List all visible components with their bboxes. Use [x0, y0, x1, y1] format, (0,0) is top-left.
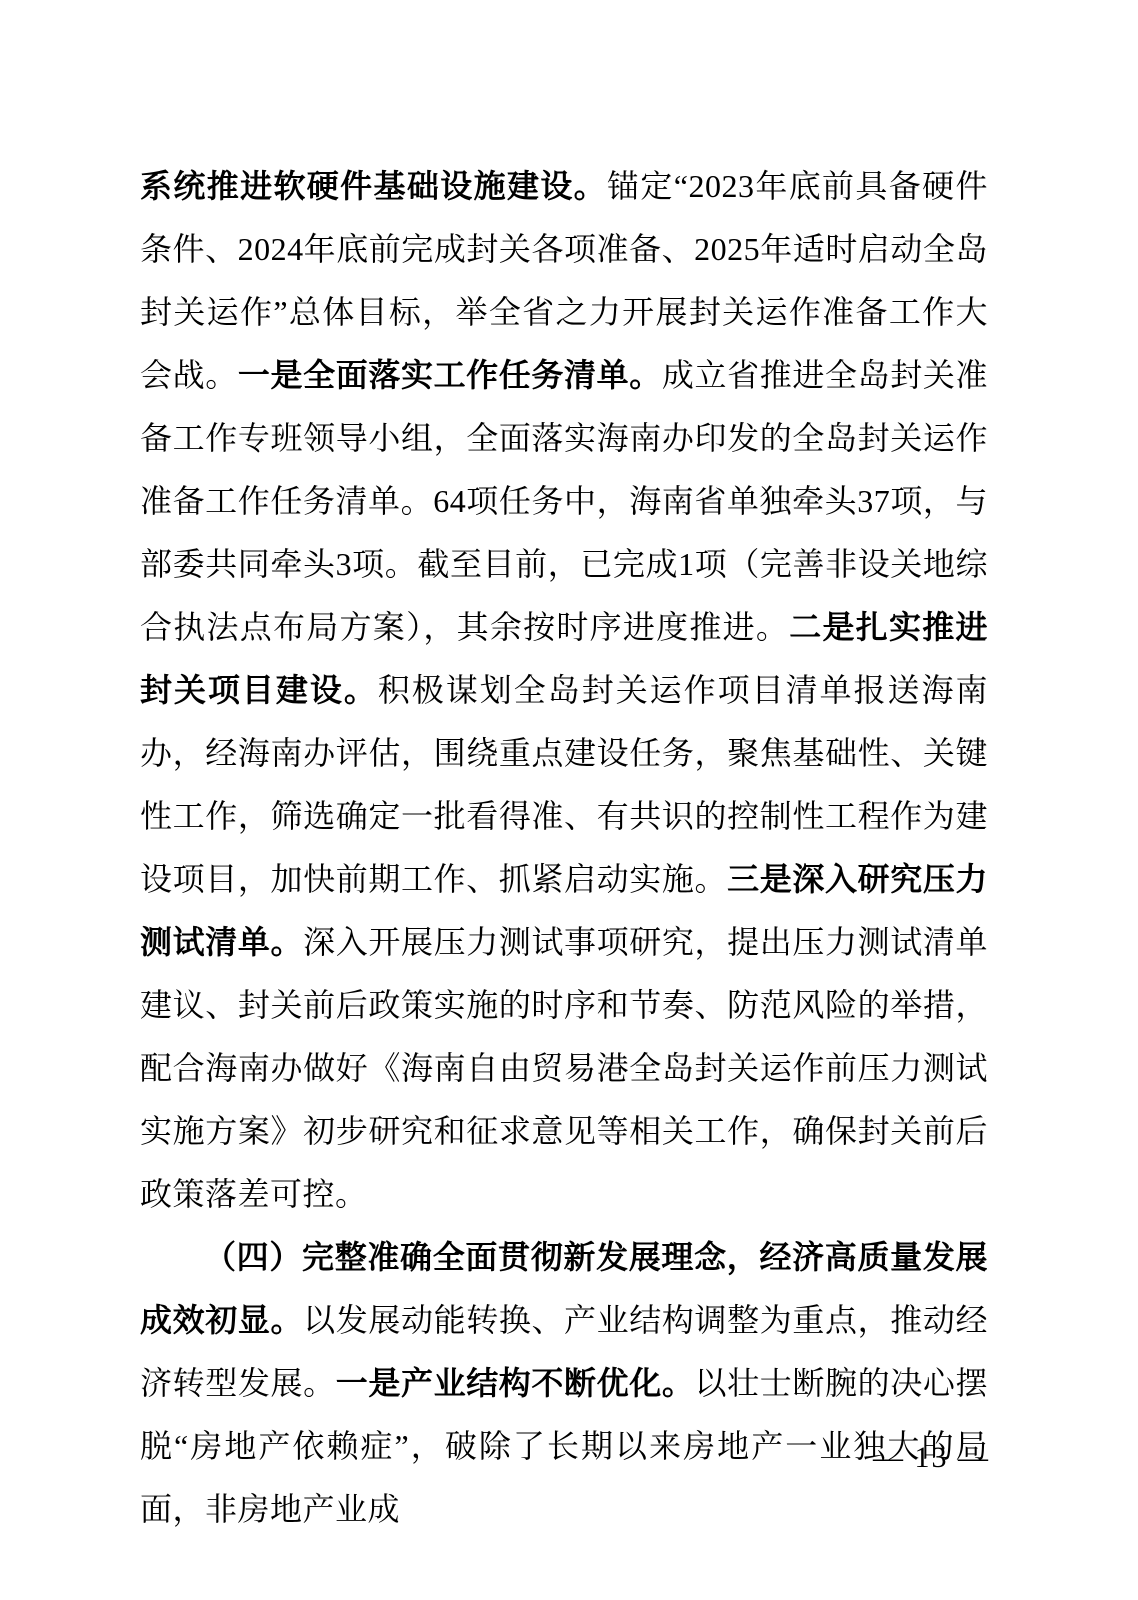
text-run: 一是全面落实工作任务清单。 — [238, 357, 662, 393]
text-run: 深入开展压力测试事项研究，提出压力测试清单建议、封关前后政策实施的时序和节奏、防… — [140, 924, 988, 1212]
paragraph: （四）完整准确全面贯彻新发展理念，经济高质量发展成效初显。以发展动能转换、产业结… — [140, 1226, 988, 1541]
text-run: 一是产业结构不断优化。 — [336, 1365, 695, 1401]
text-run: 系统推进软硬件基础设施建设。 — [140, 168, 607, 204]
paragraph: 系统推进软硬件基础设施建设。锚定“2023年底前具备硬件条件、2024年底前完成… — [140, 155, 988, 1226]
document-body: 系统推进软硬件基础设施建设。锚定“2023年底前具备硬件条件、2024年底前完成… — [140, 155, 988, 1541]
text-run: 成立省推进全岛封关准备工作专班领导小组，全面落实海南办印发的全岛封关运作准备工作… — [140, 357, 988, 645]
document-page: 系统推进软硬件基础设施建设。锚定“2023年底前具备硬件条件、2024年底前完成… — [0, 0, 1138, 1600]
page-number: — 13 — — [873, 1438, 990, 1478]
